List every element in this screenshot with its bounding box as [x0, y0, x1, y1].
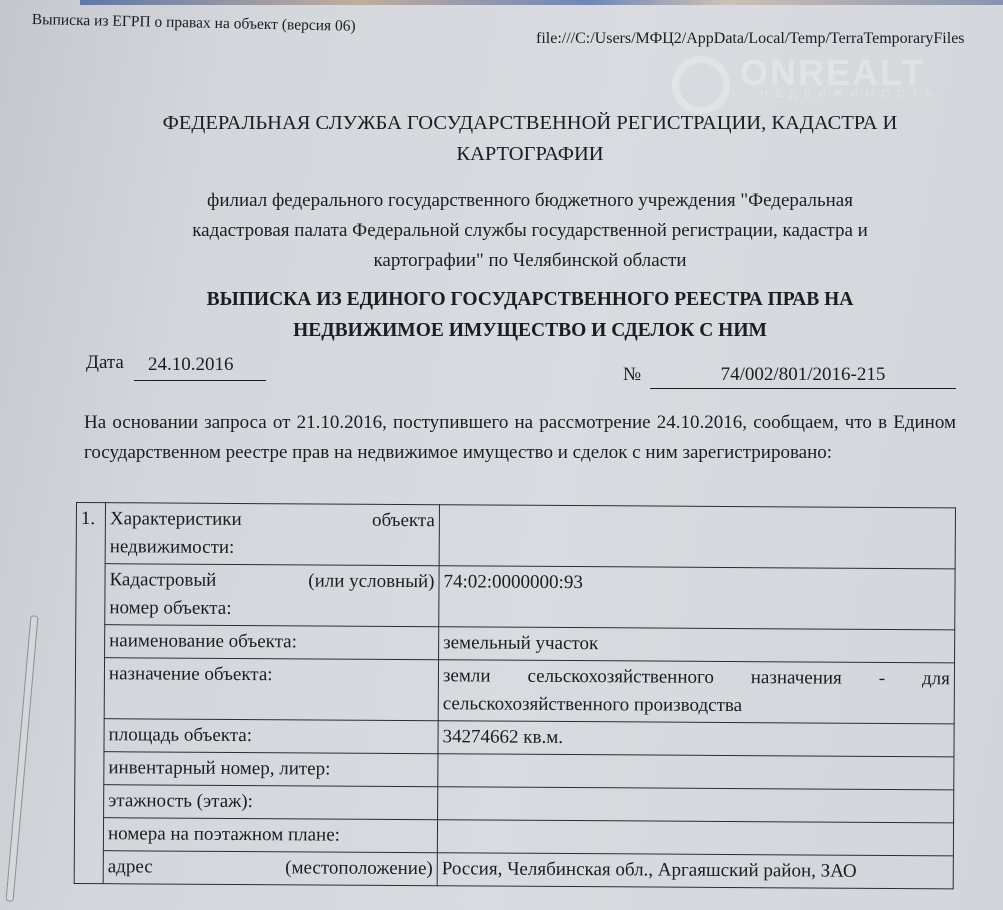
row-label: Характеристикиобъекта недвижимости: — [105, 503, 439, 566]
table-row: назначение объекта: земли сельскохозяйст… — [75, 658, 954, 724]
cadastral-number: 74:02:0000000:93 — [439, 566, 955, 630]
organization-name: ФЕДЕРАЛЬНАЯ СЛУЖБА ГОСУДАРСТВЕННОЙ РЕГИС… — [90, 108, 970, 170]
inventory-number — [438, 754, 954, 790]
object-name: земельный участок — [439, 627, 955, 663]
table-row: этажность (этаж): — [75, 784, 954, 822]
property-table: 1. Характеристикиобъекта недвижимости: К… — [74, 502, 956, 889]
binding-staple — [6, 615, 39, 902]
document-number: 74/002/801/2016-215 — [650, 364, 956, 389]
table-row: инвентарный номер, литер: — [75, 751, 954, 789]
watermark: ONREALT НЕДВИЖИМОСТЬ — [680, 52, 939, 100]
object-area: 34274662 кв.м. — [438, 721, 954, 757]
intro-paragraph: На основании запроса от 21.10.2016, пост… — [84, 408, 956, 468]
table-row: адрес(местоположение) Россия, Челябинска… — [74, 850, 953, 888]
row-label: площадь объекта: — [104, 719, 438, 754]
number-label: № — [623, 364, 641, 386]
object-purpose: земли сельскохозяйственного назначения -… — [438, 660, 954, 724]
row-label: номера на поэтажном плане: — [103, 818, 437, 853]
row-label: Кадастровый(или условный) номер объекта: — [105, 564, 439, 627]
background-strip — [80, 0, 1003, 5]
watermark-logo-icon — [672, 56, 730, 114]
table-row: 1. Характеристикиобъекта недвижимости: — [76, 503, 955, 569]
date-label: Дата — [86, 352, 124, 374]
print-header-path: file:///C:/Users/МФЦ2/AppData/Local/Temp… — [536, 30, 965, 48]
row-label: инвентарный номер, литер: — [104, 752, 438, 787]
document-title: ВЫПИСКА ИЗ ЕДИНОГО ГОСУДАРСТВЕННОГО РЕЕС… — [90, 284, 970, 346]
row-label: этажность (этаж): — [104, 785, 438, 820]
row-label: наименование объекта: — [105, 625, 439, 660]
date-value: 24.10.2016 — [134, 354, 266, 381]
watermark-subtitle: НЕДВИЖИМОСТЬ — [760, 88, 939, 100]
table-row: наименование объекта: земельный участок — [76, 625, 955, 663]
section-number: 1. — [74, 503, 105, 884]
print-header-title: Выписка из ЕГРП о правах на объект (верс… — [32, 11, 356, 36]
branch-name: филиал федерального государственного бюд… — [90, 186, 970, 276]
table-row: номера на поэтажном плане: — [74, 817, 953, 855]
row-label: адрес(местоположение) — [103, 851, 437, 886]
floors — [438, 787, 954, 823]
document-page: Выписка из ЕГРП о правах на объект (верс… — [0, 0, 1003, 910]
row-label: назначение объекта: — [104, 658, 438, 721]
table-row: площадь объекта: 34274662 кв.м. — [75, 718, 954, 756]
floor-plan-numbers — [437, 820, 953, 856]
object-address: Россия, Челябинская обл., Аргаяшский рай… — [437, 853, 953, 889]
table-row: Кадастровый(или условный) номер объекта:… — [76, 564, 955, 630]
row-value — [439, 505, 955, 569]
